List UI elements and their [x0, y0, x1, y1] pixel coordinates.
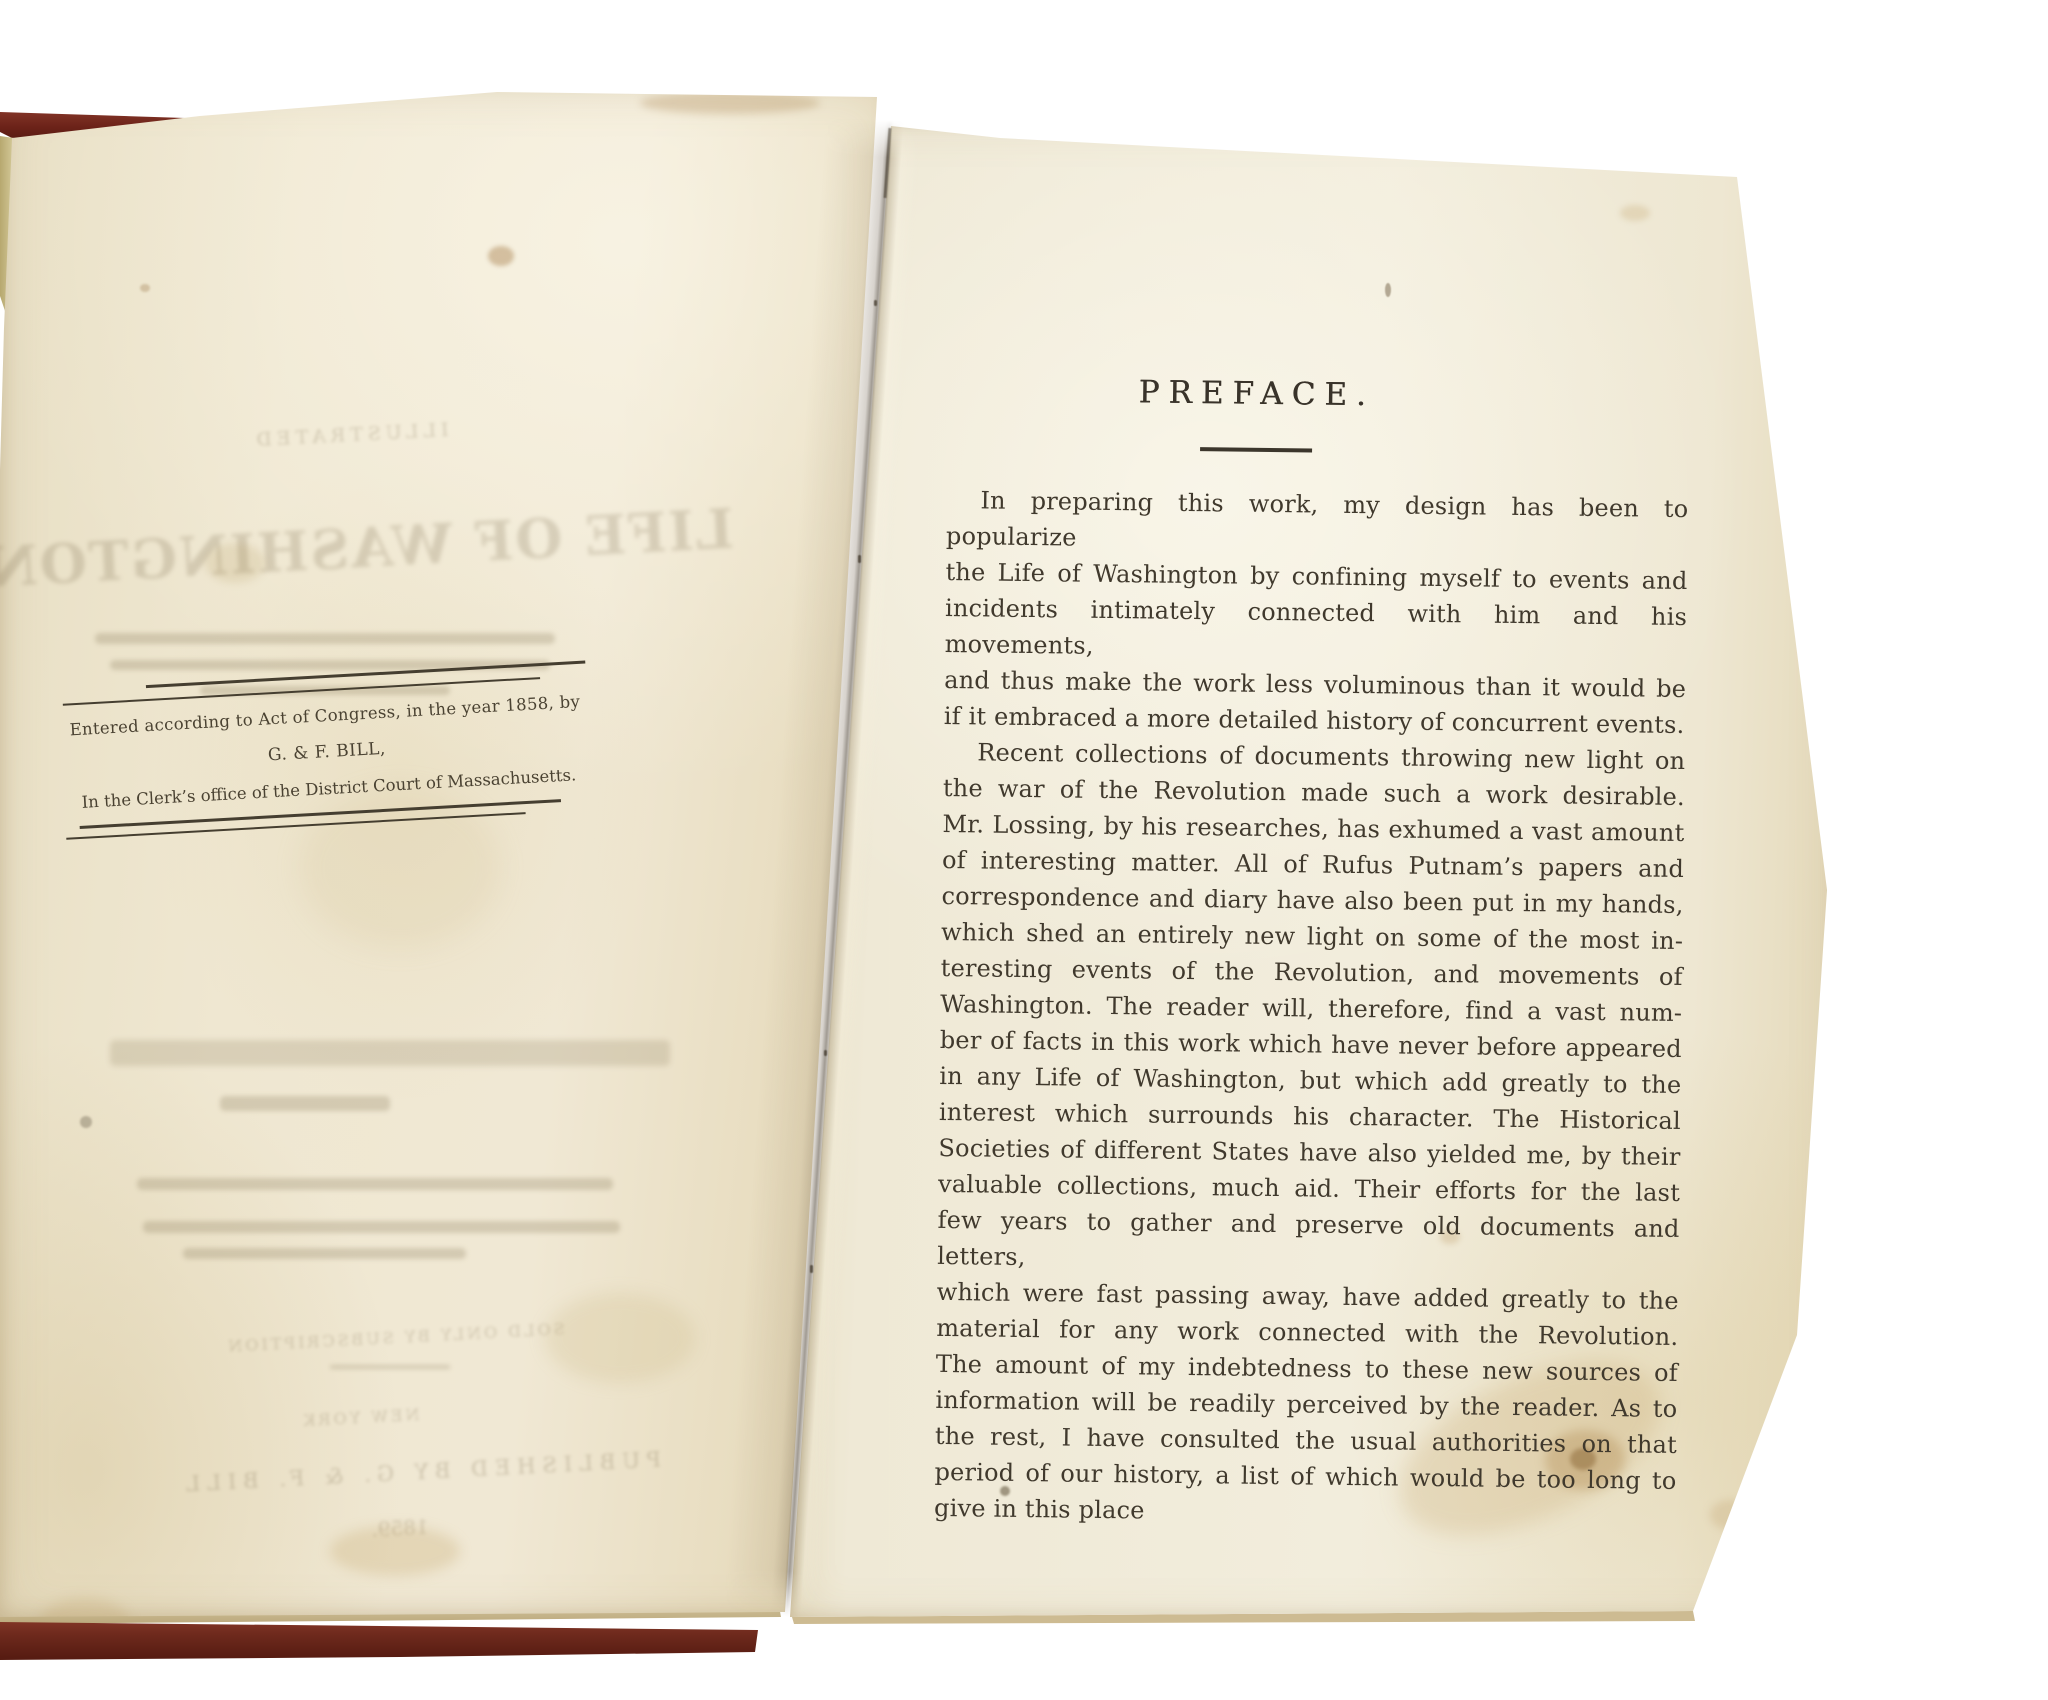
showthrough-rule — [330, 1365, 450, 1369]
preface-line: In preparing this work, my design has be… — [946, 481, 1689, 562]
stain — [545, 1293, 695, 1383]
sewing-speck — [810, 1265, 813, 1273]
stain — [488, 246, 514, 266]
showthrough-publisher: PUBLISHED BY G. & F. BILL — [140, 1445, 700, 1498]
showthrough-blur-line — [95, 633, 555, 644]
stain — [330, 1526, 460, 1576]
stain — [1620, 205, 1650, 221]
showthrough-title: LIFE OF WASHINGTON — [0, 495, 761, 601]
preface-line: few years to gather and preserve old doc… — [937, 1201, 1680, 1282]
showthrough-new-york: NEW YORK — [260, 1403, 461, 1432]
copyright-block: Entered according to Act of Congress, in… — [58, 660, 596, 839]
stain — [80, 1116, 92, 1128]
preface-line: incidents intimately connected with him … — [944, 589, 1687, 670]
stain — [640, 92, 820, 114]
open-book-photo: ILLUSTRATED LIFE OF WASHINGTON SOLD ONLY… — [0, 0, 2048, 1700]
showthrough-illustrated: ILLUSTRATED — [150, 414, 551, 457]
sewing-speck — [858, 555, 861, 563]
preface-paragraph: Recent collections of documents throwing… — [934, 733, 1686, 1534]
showthrough-blur-line — [110, 1040, 670, 1066]
left-page: ILLUSTRATED LIFE OF WASHINGTON SOLD ONLY… — [0, 88, 890, 1623]
showthrough-year: 1859. — [329, 1512, 470, 1543]
preface-paragraph: In preparing this work, my design has be… — [944, 481, 1689, 742]
preface-paragraphs: In preparing this work, my design has be… — [934, 481, 1689, 1534]
sewing-speck — [824, 1050, 827, 1056]
showthrough-blur-line — [183, 1248, 466, 1259]
preface-text-block: PREFACE. In preparing this work, my desi… — [934, 372, 1690, 1534]
stain — [1710, 1500, 1750, 1530]
preface-heading: PREFACE. — [886, 371, 1628, 416]
stain — [205, 543, 265, 583]
sewing-speck — [874, 300, 877, 306]
showthrough-blur-line — [143, 1221, 620, 1233]
showthrough-blur-line — [137, 1178, 613, 1190]
stain — [140, 284, 150, 292]
showthrough-sold-only: SOLD ONLY BY SUBSCRIPTION — [160, 1316, 630, 1360]
ink-mark — [1385, 283, 1391, 297]
heading-rule — [1200, 447, 1312, 452]
showthrough-blur-line — [220, 1096, 390, 1111]
